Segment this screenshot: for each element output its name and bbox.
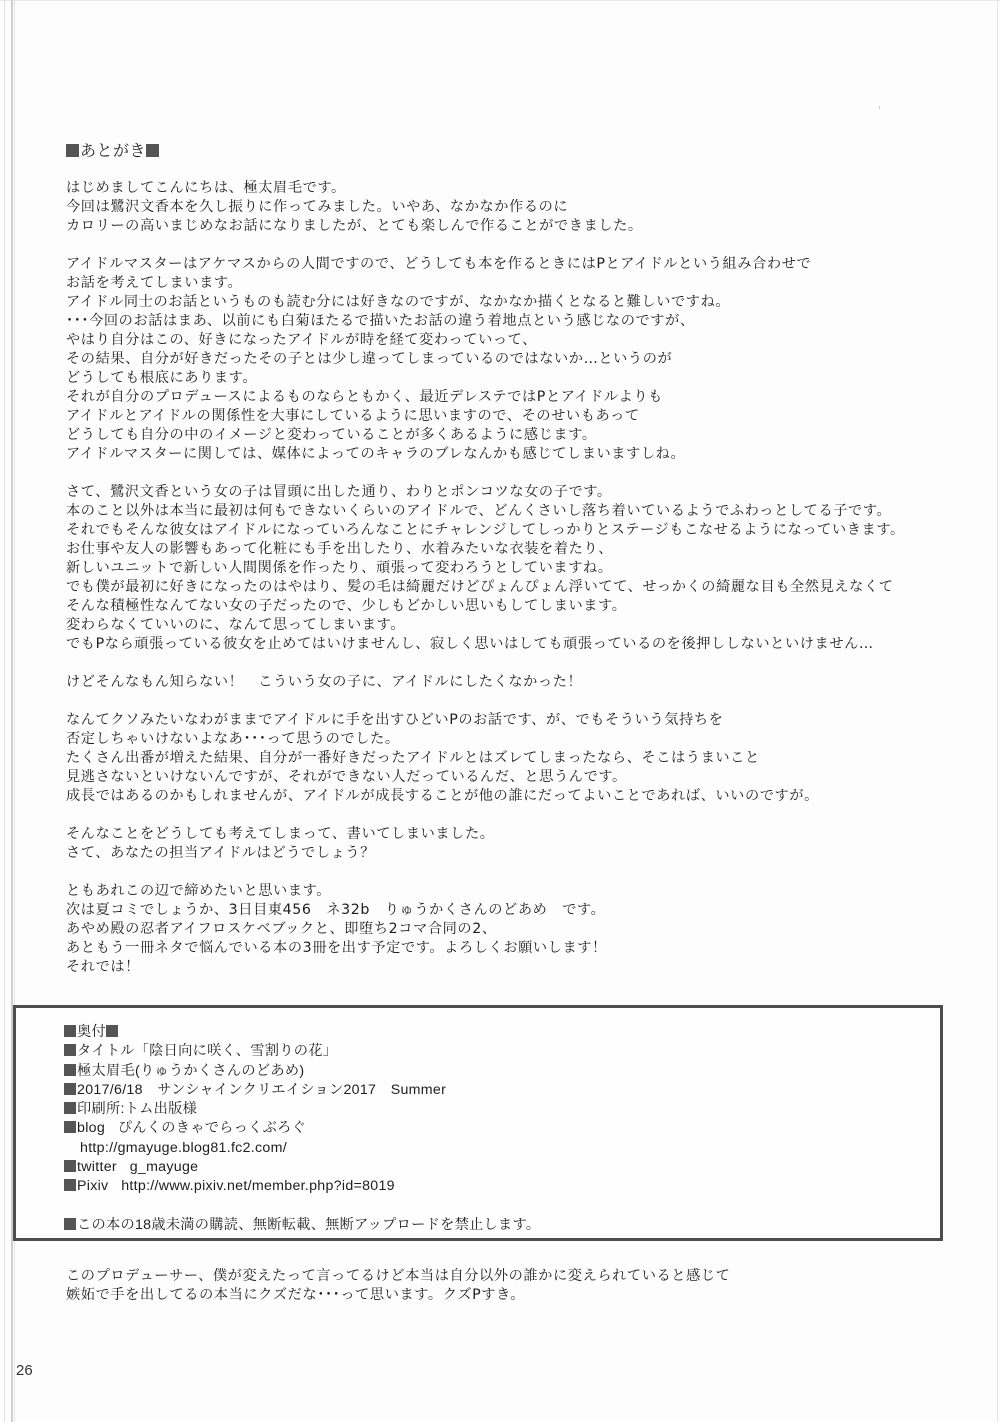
text-line: どうしても自分の中のイメージと変わっていることが多くあるように感じます。 <box>66 426 986 445</box>
afterword-paragraph: ともあれこの辺で締めたいと思います。 次は夏コミでしょうか、3日目東456 ネ3… <box>66 882 986 977</box>
text-line: お仕事や友人の影響もあって化粧にも手を出したり、水着みたいな衣装を着たり、 <box>66 540 986 559</box>
square-bullet-icon <box>106 1025 118 1037</box>
printer-name: 印刷所:トム出版様 <box>77 1101 197 1117</box>
text-line: そんなことをどうしても考えてしまって、書いてしまいました。 <box>66 825 986 844</box>
square-bullet-icon <box>66 144 79 157</box>
author-name: 極太眉毛(りゅうかくさんのどあめ) <box>77 1063 304 1079</box>
square-bullet-icon <box>64 1064 76 1076</box>
text-line: はじめましてこんにちは、極太眉毛です。 <box>66 179 986 198</box>
text-line: その結果、自分が好きだったその子とは少し違ってしまっているのではないか…というの… <box>66 350 986 369</box>
square-bullet-icon <box>64 1044 76 1056</box>
text-line: けどそんなもん知らない！ こういう女の子に、アイドルにしたくなかった！ <box>66 673 986 692</box>
text-line: アイドル同士のお話というものも読む分には好きなのですが、なかなか描くとなると難し… <box>66 293 986 312</box>
text-line: さて、あなたの担当アイドルはどうでしょう？ <box>66 844 986 863</box>
colophon-printer-row: 印刷所:トム出版様 <box>64 1100 540 1119</box>
colophon-notice-row: この本の18歳未満の購読、無断転載、無断アップロードを禁止します。 <box>64 1216 540 1235</box>
colophon-date-row: 2017/6/18 サンシャインクリエイション2017 Summer <box>64 1081 540 1100</box>
colophon-blog-url-row: http://gmayuge.blog81.fc2.com/ <box>64 1139 540 1158</box>
afterword-paragraph: なんてクソみたいなわがままでアイドルに手を出すひどいPのお話です、が、でもそうい… <box>66 711 986 806</box>
text-line: なんてクソみたいなわがままでアイドルに手を出すひどいPのお話です、が、でもそうい… <box>66 711 986 730</box>
text-line: それでもそんな彼女はアイドルになっていろんなことにチャレンジしてしっかりとステー… <box>66 521 986 540</box>
text-line: あともう一冊ネタで悩んでいる本の3冊を出す予定です。よろしくお願いします！ <box>66 939 986 958</box>
square-bullet-icon <box>146 144 159 157</box>
colophon-title-row: タイトル「陰日向に咲く、雪割りの花」 <box>64 1042 540 1061</box>
text-line: それが自分のプロデュースによるものならともかく、最近デレステではPとアイドルより… <box>66 388 986 407</box>
text-line: 今回は鷺沢文香本を久し振りに作ってみました。いやあ、なかなか作るのに <box>66 198 986 217</box>
square-bullet-icon <box>64 1025 76 1037</box>
scan-top-edge <box>0 0 1000 1</box>
colophon-pixiv-row: Pixiv http://www.pixiv.net/member.php?id… <box>64 1177 540 1196</box>
text-line: たくさん出番が増えた結果、自分が一番好きだったアイドルとはズレてしまったなら、そ… <box>66 749 986 768</box>
text-line: アイドルとアイドルの関係性を大事にしているように思いますので、そのせいもあって <box>66 407 986 426</box>
text-line: あやめ殿の忍者アイフロスケベブックと、即堕ち2コマ合同の2、 <box>66 920 986 939</box>
text-line: アイドルマスターに関しては、媒体によってのキャラのブレなんかも感じてしまいますし… <box>66 445 986 464</box>
colophon-heading-text: 奥付 <box>77 1024 106 1040</box>
square-bullet-icon <box>64 1160 76 1172</box>
text-line: 成長ではあるのかもしれませんが、アイドルが成長することが他の誰にだってよいことで… <box>66 787 986 806</box>
text-line: やはり自分はこの、好きになったアイドルが時を経て変わっていって、 <box>66 331 986 350</box>
text-line: さて、鷺沢文香という女の子は冒頭に出した通り、わりとポンコツな女の子です。 <box>66 483 986 502</box>
text-line: でも僕が最初に好きになったのはやはり、髪の毛は綺麗だけどぴょんぴょん浮いてて、せ… <box>66 578 986 597</box>
pixiv-label: Pixiv <box>77 1178 108 1194</box>
text-line: お話を考えてしまいます。 <box>66 274 986 293</box>
square-bullet-icon <box>64 1218 76 1230</box>
text-line: ともあれこの辺で締めたいと思います。 <box>66 882 986 901</box>
text-line: どうしても根底にあります。 <box>66 369 986 388</box>
blog-label: blog <box>77 1120 105 1136</box>
text-line: 次は夏コミでしょうか、3日目東456 ネ32b りゅうかくさんのどあめ です。 <box>66 901 986 920</box>
afterword-heading: あとがき <box>66 140 986 162</box>
afterword-paragraph: はじめましてこんにちは、極太眉毛です。 今回は鷺沢文香本を久し振りに作ってみまし… <box>66 179 986 236</box>
closing-note: このプロデューサー、僕が変えたって言ってるけど本当は自分以外の誰かに変えられてい… <box>66 1267 730 1305</box>
colophon-box: 奥付 タイトル「陰日向に咲く、雪割りの花」 極太眉毛(りゅうかくさんのどあめ) … <box>13 1005 943 1241</box>
scan-binding-edge <box>4 0 5 1422</box>
colophon-twitter-row: twitter g_mayuge <box>64 1158 540 1177</box>
text-line: このプロデューサー、僕が変えたって言ってるけど本当は自分以外の誰かに変えられてい… <box>66 1267 730 1286</box>
square-bullet-icon <box>64 1121 76 1133</box>
pixiv-url[interactable]: http://www.pixiv.net/member.php?id=8019 <box>121 1178 395 1194</box>
text-line: ･･･今回のお話はまあ、以前にも白菊ほたるで描いたお話の違う着地点という感じなの… <box>66 312 986 331</box>
square-bullet-icon <box>64 1083 76 1095</box>
afterword-paragraph: けどそんなもん知らない！ こういう女の子に、アイドルにしたくなかった！ <box>66 673 986 692</box>
twitter-handle[interactable]: g_mayuge <box>130 1159 199 1175</box>
afterword-heading-text: あとがき <box>80 141 146 160</box>
square-bullet-icon <box>64 1179 76 1191</box>
text-line: 変わらなくていいのに、なんて思ってしまいます。 <box>66 616 986 635</box>
afterword-paragraph: さて、鷺沢文香という女の子は冒頭に出した通り、わりとポンコツな女の子です。 本の… <box>66 483 986 654</box>
book-title: 「陰日向に咲く、雪割りの花」 <box>135 1043 338 1059</box>
copyright-notice: この本の18歳未満の購読、無断転載、無断アップロードを禁止します。 <box>77 1217 540 1233</box>
twitter-label: twitter <box>77 1159 117 1175</box>
text-line: でもPなら頑張っている彼女を止めてはいけませんし、寂しく思いはしても頑張っている… <box>66 635 986 654</box>
blog-name: ぴんくのきゃでらっくぶろぐ <box>118 1120 306 1136</box>
text-line: 見逃さないといけないんですが、それができない人だっているんだ、と思うんです。 <box>66 768 986 787</box>
text-line: 新しいユニットで新しい人間関係を作ったり、頑張って変わろうとしていますね。 <box>66 559 986 578</box>
afterword-section: あとがき はじめましてこんにちは、極太眉毛です。 今回は鷺沢文香本を久し振りに作… <box>66 140 986 977</box>
colophon-heading: 奥付 <box>64 1023 540 1042</box>
text-line: 嫉妬で手を出してるの本当にクズだな･･･って思います。クズPすき。 <box>66 1286 730 1305</box>
square-bullet-icon <box>64 1102 76 1114</box>
title-label: タイトル <box>77 1043 135 1059</box>
colophon-author-row: 極太眉毛(りゅうかくさんのどあめ) <box>64 1062 540 1081</box>
text-line: 否定しちゃいけないよなあ･･･って思うのでした。 <box>66 730 986 749</box>
text-line: アイドルマスターはアケマスからの人間ですので、どうしても本を作るときにはPとアイ… <box>66 255 986 274</box>
date-event: 2017/6/18 サンシャインクリエイション2017 Summer <box>77 1082 446 1098</box>
text-line: そんな積極性なんてない女の子だったので、少しもどかしい思いもしてしまいます。 <box>66 597 986 616</box>
afterword-paragraph: そんなことをどうしても考えてしまって、書いてしまいました。 さて、あなたの担当ア… <box>66 825 986 863</box>
colophon-blog-row: blog ぴんくのきゃでらっくぶろぐ <box>64 1119 540 1138</box>
blog-url[interactable]: http://gmayuge.blog81.fc2.com/ <box>80 1140 287 1156</box>
text-line: 本のこと以外は本当に最初は何もできないくらいのアイドルで、どんくさいし落ち着いて… <box>66 502 986 521</box>
afterword-paragraph: アイドルマスターはアケマスからの人間ですので、どうしても本を作るときにはPとアイ… <box>66 255 986 464</box>
text-line: カロリーの高いまじめなお話になりましたが、とても楽しんで作ることができました。 <box>66 217 986 236</box>
text-line: それでは！ <box>66 958 986 977</box>
page-number: 26 <box>16 1362 33 1379</box>
scan-right-edge <box>997 0 998 1422</box>
scan-speck <box>879 106 880 109</box>
